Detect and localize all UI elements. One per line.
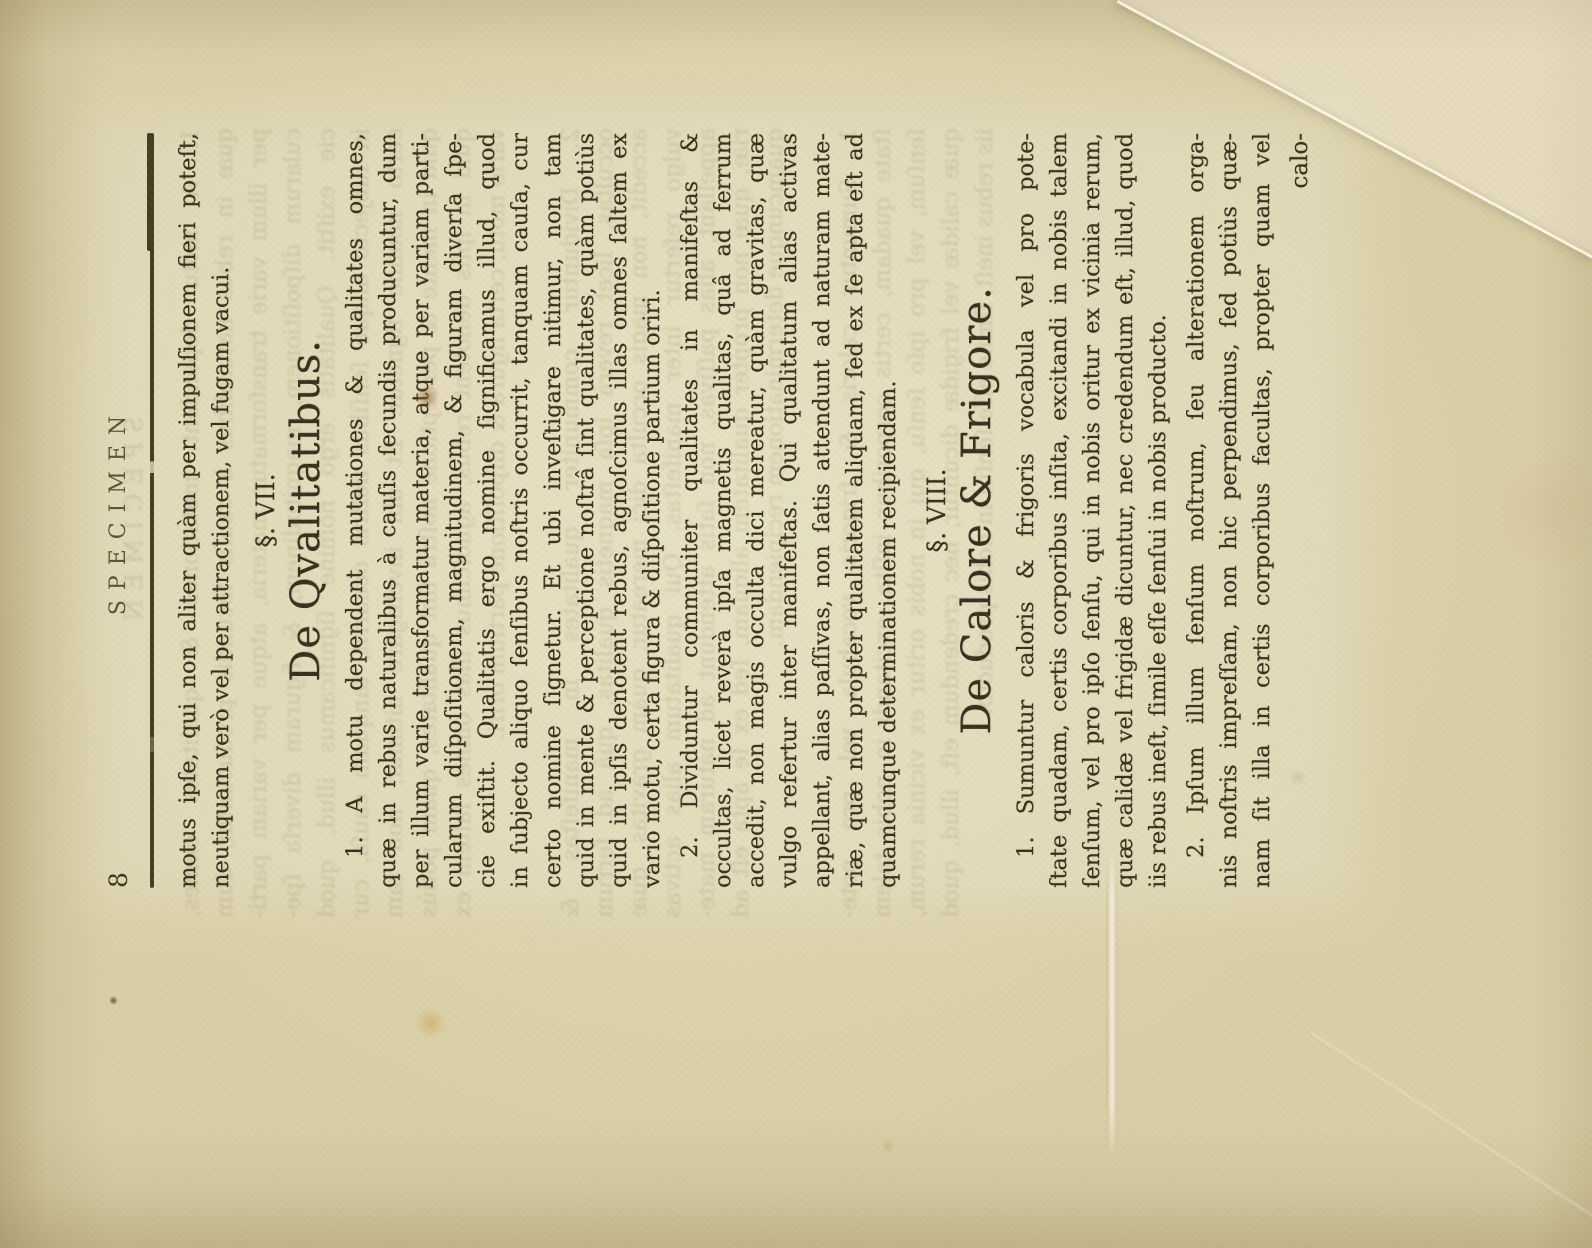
section8-paragraph-2: 2. Ipſum illum ſenſum noſtrum, ſeu alter… [1180, 133, 1279, 888]
text-line: quæ calidæ vel frigidæ dicuntur, nec cre… [1109, 133, 1142, 888]
text-line: 1. Sumuntur caloris & frigoris vocabula … [1010, 133, 1043, 888]
text-line: quamcunque determinationem recipiendam. [872, 133, 905, 888]
text-block: motus ipſe, qui non aliter quàm per impu… [172, 133, 1317, 888]
text-line: ſenſum, vel pro ipſo ſenſu, qui in nobis… [1076, 133, 1109, 888]
text-line: motus ipſe, qui non aliter quàm per impu… [172, 133, 205, 888]
text-line: 2. Ipſum illum ſenſum noſtrum, ſeu alter… [1180, 133, 1213, 888]
section8-number: §. VIII. [922, 133, 952, 888]
running-header: 8 SPECIMEN [96, 133, 142, 888]
scanned-book-page: SPECIMEN 1. A motu dependent mutationes … [0, 0, 1592, 1248]
section7-number: §. VII. [251, 133, 281, 888]
section7-paragraph-1: 1. A motu dependent mutationes & qualita… [339, 133, 669, 888]
text-line: ſtate quadam, certis corporibus inſita, … [1043, 133, 1076, 888]
text-line: nis noſtris impreſſam, non hic perpendim… [1213, 133, 1246, 888]
text-line: iis rebus ineſt, ſimile eſſe ſenſui in n… [1142, 133, 1175, 888]
catchword: calo- [1284, 133, 1317, 888]
header-rule [150, 133, 154, 888]
text-line: appellant, alias paſſivas, non ſatis att… [806, 133, 839, 888]
section7-title: De Qvalitatibus. [284, 133, 328, 888]
running-title: SPECIMEN [106, 133, 131, 888]
book-page: SPECIMEN 1. A motu dependent mutationes … [0, 0, 1592, 1248]
header-rule-segment [147, 133, 151, 251]
text-line: cie exiſtit. Qualitatis ergo nomine ſign… [471, 133, 504, 888]
text-line: cularum diſpoſitionem, magnitudinem, & f… [438, 133, 471, 888]
text-line: in ſubjecto aliquo ſenſibus noſtris occu… [504, 133, 537, 888]
type-area: 8 SPECIMEN motus ipſe, qui non aliter qu… [96, 133, 1317, 888]
text-line: neutiquam verò vel per attractionem, vel… [205, 133, 238, 888]
text-line: per illum varie transformatur materia, a… [405, 133, 438, 888]
section7-paragraph-2: 2. Dividuntur communiter qualitates in m… [674, 133, 905, 888]
text-line: nam ſit illa in certis corporibus facult… [1246, 133, 1279, 888]
text-line: vulgo refertur inter manifeſtas. Qui qua… [773, 133, 806, 888]
text-line: certo nomine ſignetur. Et ubi inveſtigar… [537, 133, 570, 888]
paragraph-continuation: motus ipſe, qui non aliter quàm per impu… [172, 133, 238, 888]
text-line: vario motu, certa figura & diſpoſitione … [636, 133, 669, 888]
text-line: 1. A motu dependent mutationes & qualita… [339, 133, 372, 888]
text-line: riæ, quæ non propter qualitatem aliquam,… [839, 133, 872, 888]
text-line: accedit, non magis occulta dici mereatur… [740, 133, 773, 888]
text-line: quid in ipſis denotent rebus, agnoſcimus… [603, 133, 636, 888]
text-line: quæ in rebus naturalibus à cauſis ſecund… [372, 133, 405, 888]
section8-paragraph-1: 1. Sumuntur caloris & frigoris vocabula … [1010, 133, 1175, 888]
text-line: occultas, licet reverà ipſa magnetis qua… [707, 133, 740, 888]
text-line: quid in mente & perceptione noſtrâ ſint … [570, 133, 603, 888]
text-line: 2. Dividuntur communiter qualitates in m… [674, 133, 707, 888]
section8-title: De Calore & Frigore. [955, 133, 999, 888]
